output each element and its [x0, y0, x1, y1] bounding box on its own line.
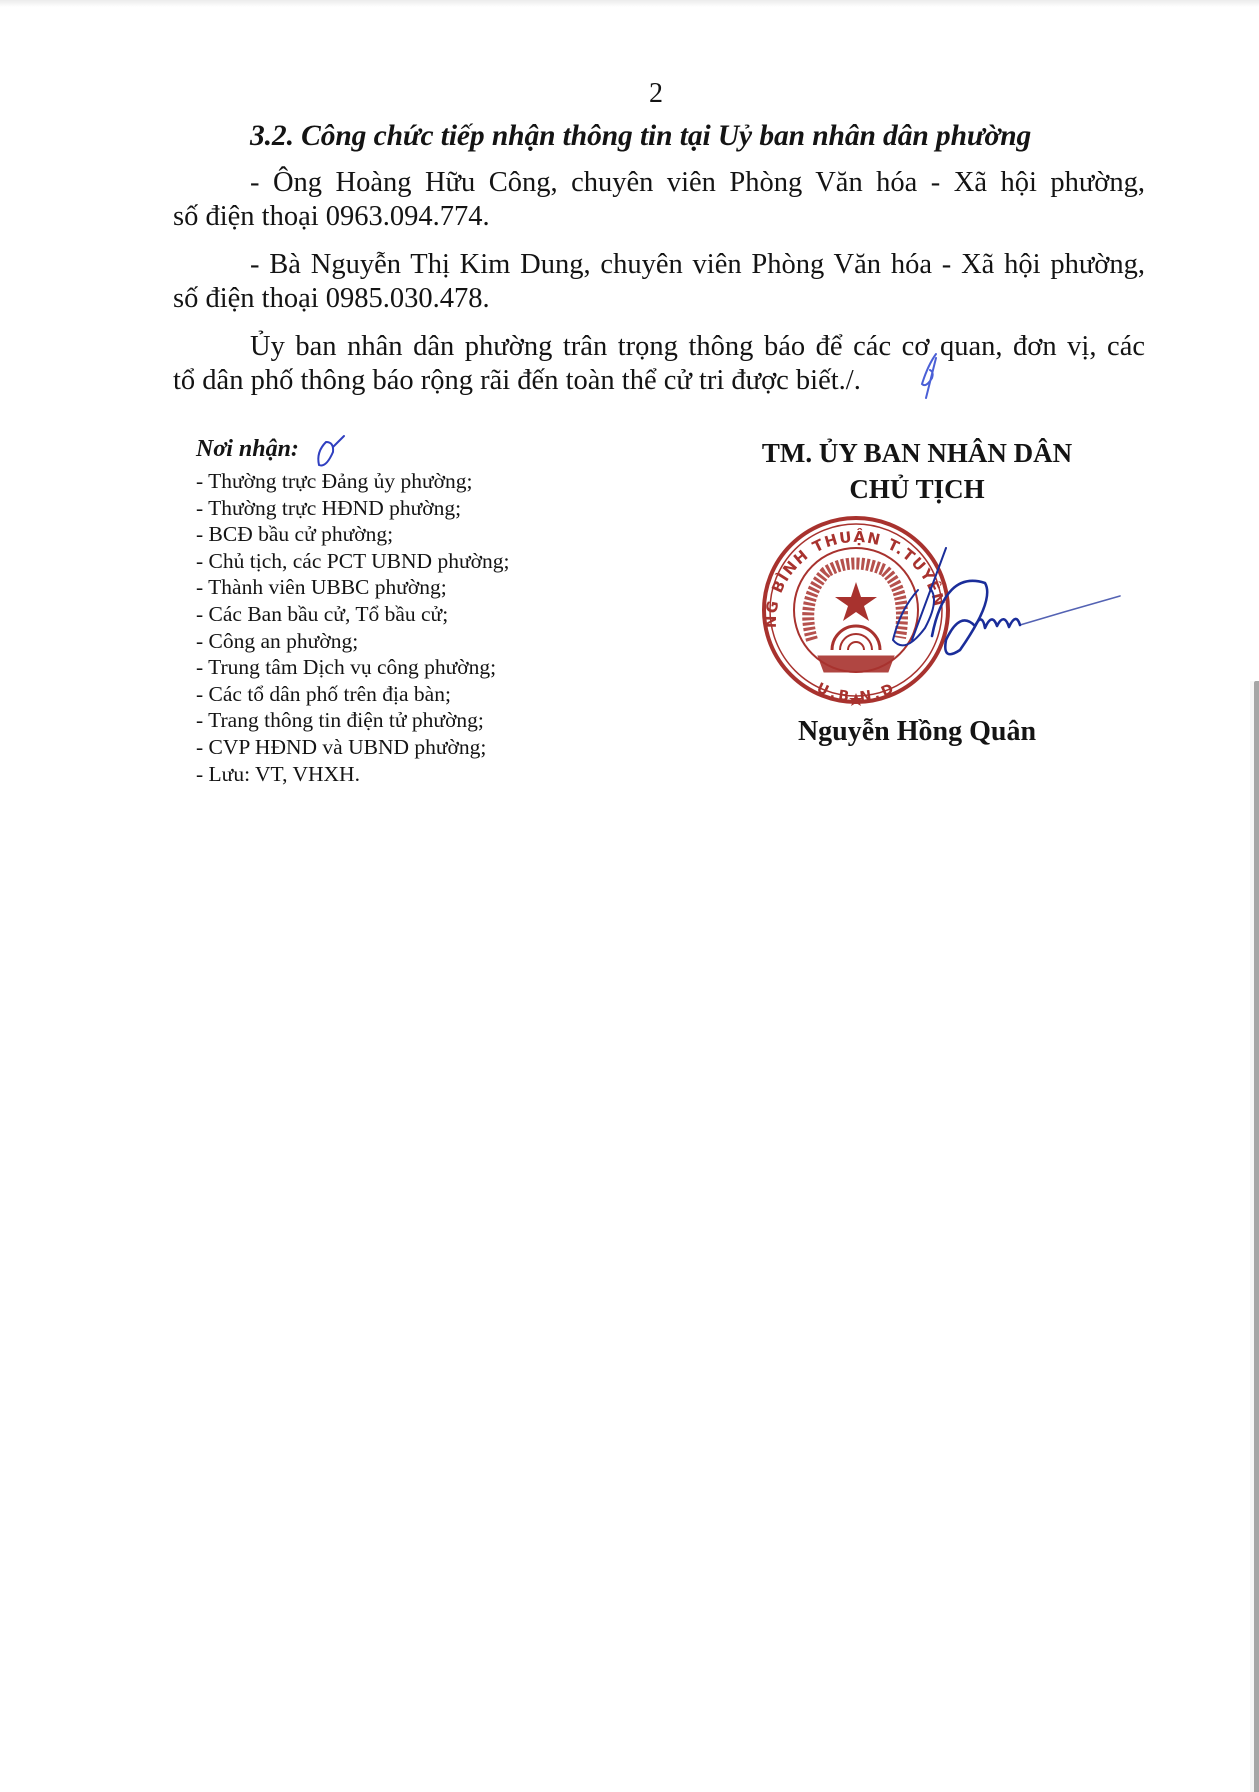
official-seal-icon: PHƯỜNG BÌNH THUẬN T.TUYÊN QUANG U.B.N.D	[0, 0, 950, 706]
scrollbar-thumb[interactable]	[1254, 681, 1259, 1792]
seal-and-signature-layer: PHƯỜNG BÌNH THUẬN T.TUYÊN QUANG U.B.N.D	[0, 0, 1259, 1792]
signer-name: Nguyễn Hồng Quân	[700, 716, 1134, 748]
margin-initial-mark	[922, 354, 936, 398]
recipients-initial-mark	[318, 436, 344, 465]
star-icon	[835, 582, 877, 621]
